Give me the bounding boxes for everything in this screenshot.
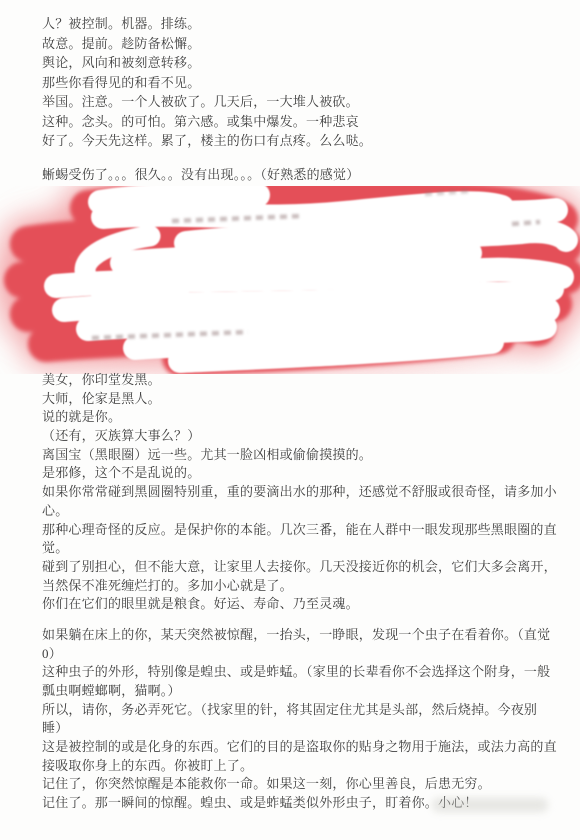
redaction-scribble bbox=[0, 186, 580, 374]
text-line: 心。 bbox=[42, 502, 557, 521]
text-line: 蜥蜴受伤了。。。很久。。没有出现。。。（好熟悉的感觉） bbox=[42, 165, 372, 185]
text-line: 接吸取你身上的东西。你被盯上了。 bbox=[42, 757, 557, 776]
text-line: 人？被控制。机器。排练。 bbox=[42, 14, 372, 34]
text-line: 如果你常常碰到黑圆圈特别重，重的要滴出水的那种，还感觉不舒服或很奇怪，请多加小 bbox=[42, 483, 557, 502]
text-line: 0） bbox=[42, 645, 557, 664]
text-line: 是邪修，这个不是乱说的。 bbox=[42, 464, 557, 483]
text-line: 记住了，你突然惊醒是本能救你一命。如果这一刻，你心里善良，后患无穷。 bbox=[42, 775, 557, 794]
text-line: 所以，请你，务必弄死它。（找家里的针，将其固定住尤其是头部，然后烧掉。今夜别 bbox=[42, 701, 557, 720]
top-text-block: 人？被控制。机器。排练。 故意。提前。趁防备松懈。 舆论，风向和被刻意转移。 那… bbox=[42, 14, 372, 184]
text-line: 美女，你印堂发黑。 bbox=[42, 371, 557, 390]
text-line: 那种心理奇怪的反应。是保护你的本能。几次三番，能在人群中一眼发现那些黑眼圈的直 bbox=[42, 521, 557, 540]
text-line: 大师，伦家是黑人。 bbox=[42, 390, 557, 409]
text-line: 故意。提前。趁防备松懈。 bbox=[42, 34, 372, 54]
text-line: 瓢虫啊螳螂啊，猫啊。） bbox=[42, 682, 557, 701]
document-page: 人？被控制。机器。排练。 故意。提前。趁防备松懈。 舆论，风向和被刻意转移。 那… bbox=[0, 0, 580, 840]
text-line: 离国宝（黑眼圈）远一些。尤其一脸凶相或偷偷摸摸的。 bbox=[42, 446, 557, 465]
text-line: （还有，灭族算大事么？） bbox=[42, 427, 557, 446]
text-line: 当然保不准死缠烂打的。多加小心就是了。 bbox=[42, 577, 557, 596]
text-line: 舆论，风向和被刻意转移。 bbox=[42, 53, 372, 73]
text-line: 你们在它们的眼里就是粮食。好运、寿命、乃至灵魂。 bbox=[42, 595, 557, 614]
text-line: 如果躺在床上的你，某天突然被惊醒，一抬头，一睁眼，发现一个虫子在看着你。（直觉 bbox=[42, 626, 557, 645]
bottom-text-block: 美女，你印堂发黑。 大师，伦家是黑人。 说的就是你。 （还有，灭族算大事么？） … bbox=[42, 371, 557, 813]
text-line: 那些你看得见的和看不见。 bbox=[42, 73, 372, 93]
text-line: 好了。今天先这样。累了，楼主的伤口有点疼。么么哒。 bbox=[42, 131, 372, 151]
blank-line bbox=[42, 614, 557, 626]
text-line: 碰到了别担心，但不能大意，让家里人去接你。几天没接近你的机会，它们大多会离开， bbox=[42, 558, 557, 577]
text-line: 这是被控制的或是化身的东西。它们的目的是盗取你的贴身之物用于施法，或法力高的直 bbox=[42, 738, 557, 757]
text-line: 睡） bbox=[42, 719, 557, 738]
text-line: 觉。 bbox=[42, 539, 557, 558]
text-line: 这种虫子的外形，特别像是蝗虫、或是蚱蜢。（家里的长辈看你不会选择这个附身，一般 bbox=[42, 663, 557, 682]
text-line: 举国。注意。一个人被砍了。几天后，一大堆人被砍。 bbox=[42, 92, 372, 112]
blank-line bbox=[42, 151, 372, 165]
text-line: 说的就是你。 bbox=[42, 408, 557, 427]
text-line: 这种。念头。的可怕。第六感。或集中爆发。一种悲哀 bbox=[42, 112, 372, 132]
faint-watermark bbox=[432, 798, 548, 812]
